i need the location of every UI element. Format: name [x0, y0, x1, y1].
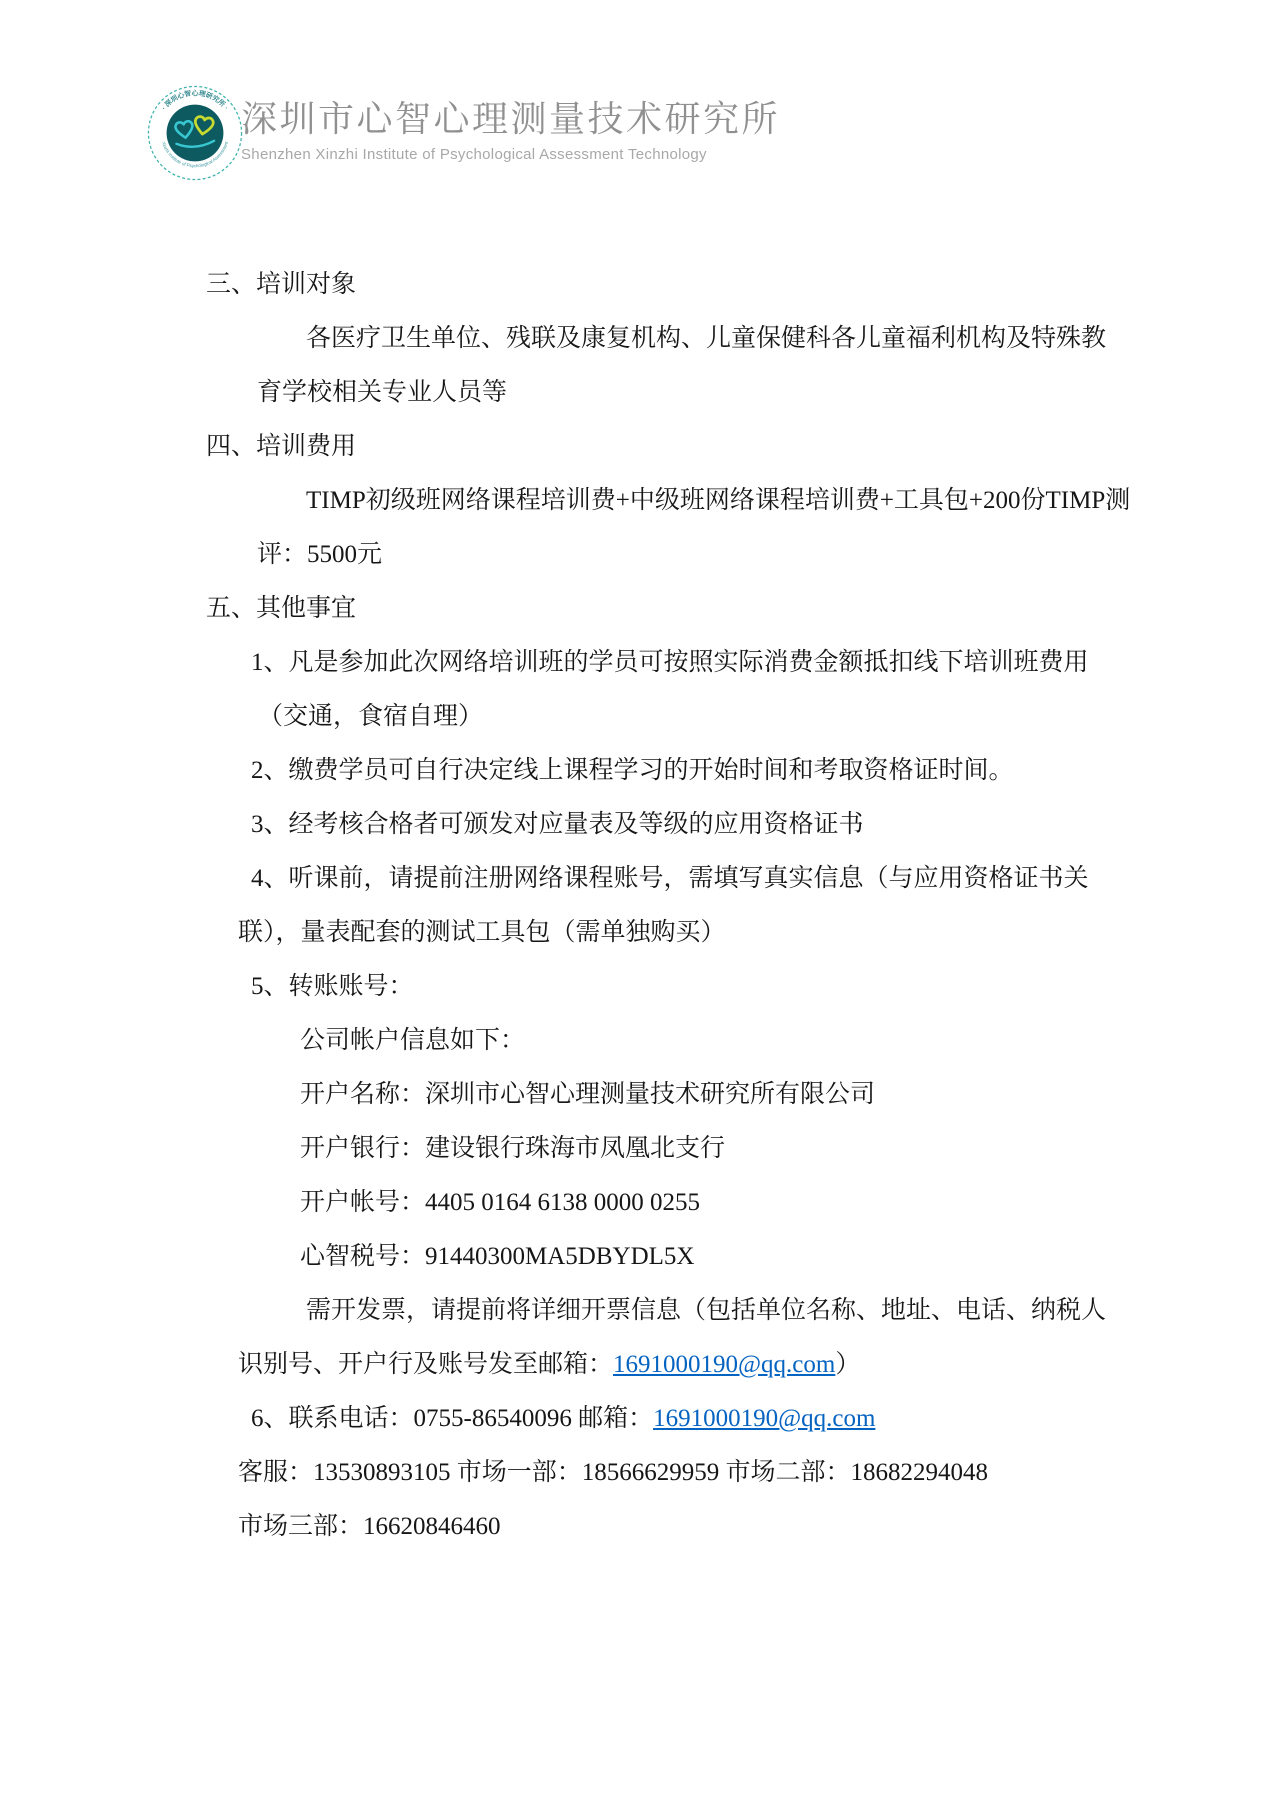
document-line: 公司帐户信息如下：	[0, 1014, 1280, 1068]
document-body: 三、培训对象各医疗卫生单位、残联及康复机构、儿童保健科各儿童福利机构及特殊教育学…	[0, 258, 1280, 1554]
org-logo: · 深圳心智心理研究所 · Xinzhi Institute of Psycho…	[146, 84, 244, 182]
text-run: 3、经考核合格者可颁发对应量表及等级的应用资格证书	[251, 811, 864, 838]
org-logo-graphic: · 深圳心智心理研究所 · Xinzhi Institute of Psycho…	[146, 84, 244, 182]
document-line: 市场三部：16620846460	[0, 1500, 1280, 1554]
text-run: 客服：13530893105 市场一部：18566629959 市场二部：186…	[238, 1459, 988, 1486]
document-line: 育学校相关专业人员等	[0, 366, 1280, 420]
email-link[interactable]: 1691000190@qq.com	[653, 1405, 875, 1432]
letterhead: · 深圳心智心理研究所 · Xinzhi Institute of Psycho…	[0, 0, 1280, 230]
text-run: 2、缴费学员可自行决定线上课程学习的开始时间和考取资格证时间。	[251, 757, 1014, 784]
text-run: 市场三部：16620846460	[238, 1513, 501, 1540]
text-run: TIMP初级班网络课程培训费+中级班网络课程培训费+工具包+200份TIMP测	[306, 487, 1130, 514]
text-run: 各医疗卫生单位、残联及康复机构、儿童保健科各儿童福利机构及特殊教	[306, 325, 1106, 352]
text-run: 4、听课前，请提前注册网络课程账号，需填写真实信息（与应用资格证书关	[251, 865, 1089, 892]
text-run: 6、联系电话：0755-86540096 邮箱：	[251, 1405, 653, 1432]
text-run: 识别号、开户行及账号发至邮箱：	[238, 1351, 613, 1378]
text-run: （交通，食宿自理）	[258, 703, 483, 730]
text-run: 开户名称：深圳市心智心理测量技术研究所有限公司	[300, 1081, 875, 1108]
text-run: 评：5500元	[257, 541, 382, 568]
org-name-english: Shenzhen Xinzhi Institute of Psychologic…	[241, 146, 780, 164]
document-line: 客服：13530893105 市场一部：18566629959 市场二部：186…	[0, 1446, 1280, 1500]
text-run: 5、转账账号：	[251, 973, 414, 1000]
document-line: 开户帐号：4405 0164 6138 0000 0255	[0, 1176, 1280, 1230]
document-line: 评：5500元	[0, 528, 1280, 582]
document-line: 3、经考核合格者可颁发对应量表及等级的应用资格证书	[0, 798, 1280, 852]
document-line: 联），量表配套的测试工具包（需单独购买）	[0, 906, 1280, 960]
text-run: 1、凡是参加此次网络培训班的学员可按照实际消费金额抵扣线下培训班费用	[251, 649, 1089, 676]
email-link[interactable]: 1691000190@qq.com	[613, 1351, 835, 1378]
document-line: 五、其他事宜	[0, 582, 1280, 636]
text-run: 心智税号：91440300MA5DBYDL5X	[300, 1243, 694, 1270]
document-line: 开户银行：建设银行珠海市凤凰北支行	[0, 1122, 1280, 1176]
document-line: （交通，食宿自理）	[0, 690, 1280, 744]
document-line: 心智税号：91440300MA5DBYDL5X	[0, 1230, 1280, 1284]
document-line: 2、缴费学员可自行决定线上课程学习的开始时间和考取资格证时间。	[0, 744, 1280, 798]
document-line: 4、听课前，请提前注册网络课程账号，需填写真实信息（与应用资格证书关	[0, 852, 1280, 906]
document-line: 1、凡是参加此次网络培训班的学员可按照实际消费金额抵扣线下培训班费用	[0, 636, 1280, 690]
text-run: 三、培训对象	[206, 271, 356, 298]
document-line: 6、联系电话：0755-86540096 邮箱：1691000190@qq.co…	[0, 1392, 1280, 1446]
text-run: 需开发票，请提前将详细开票信息（包括单位名称、地址、电话、纳税人	[306, 1297, 1106, 1324]
text-run: ）	[835, 1351, 860, 1378]
org-name-chinese: 深圳市心智心理测量技术研究所	[241, 98, 780, 140]
text-run: 育学校相关专业人员等	[257, 379, 507, 406]
document-line: 识别号、开户行及账号发至邮箱：1691000190@qq.com）	[0, 1338, 1280, 1392]
org-name-block: 深圳市心智心理测量技术研究所 Shenzhen Xinzhi Institute…	[241, 98, 780, 164]
document-line: 各医疗卫生单位、残联及康复机构、儿童保健科各儿童福利机构及特殊教	[0, 312, 1280, 366]
document-line: 需开发票，请提前将详细开票信息（包括单位名称、地址、电话、纳税人	[0, 1284, 1280, 1338]
text-run: 开户帐号：4405 0164 6138 0000 0255	[300, 1189, 700, 1216]
document-line: 5、转账账号：	[0, 960, 1280, 1014]
document-page: { "header": { "org_name_zh": "深圳市心智心理测量技…	[0, 0, 1280, 1808]
document-line: 三、培训对象	[0, 258, 1280, 312]
document-line: TIMP初级班网络课程培训费+中级班网络课程培训费+工具包+200份TIMP测	[0, 474, 1280, 528]
text-run: 五、其他事宜	[206, 595, 356, 622]
text-run: 联），量表配套的测试工具包（需单独购买）	[238, 919, 726, 946]
logo-inner-disc	[167, 105, 224, 162]
text-run: 公司帐户信息如下：	[300, 1027, 525, 1054]
text-run: 开户银行：建设银行珠海市凤凰北支行	[300, 1135, 725, 1162]
document-line: 开户名称：深圳市心智心理测量技术研究所有限公司	[0, 1068, 1280, 1122]
document-line: 四、培训费用	[0, 420, 1280, 474]
text-run: 四、培训费用	[206, 433, 356, 460]
